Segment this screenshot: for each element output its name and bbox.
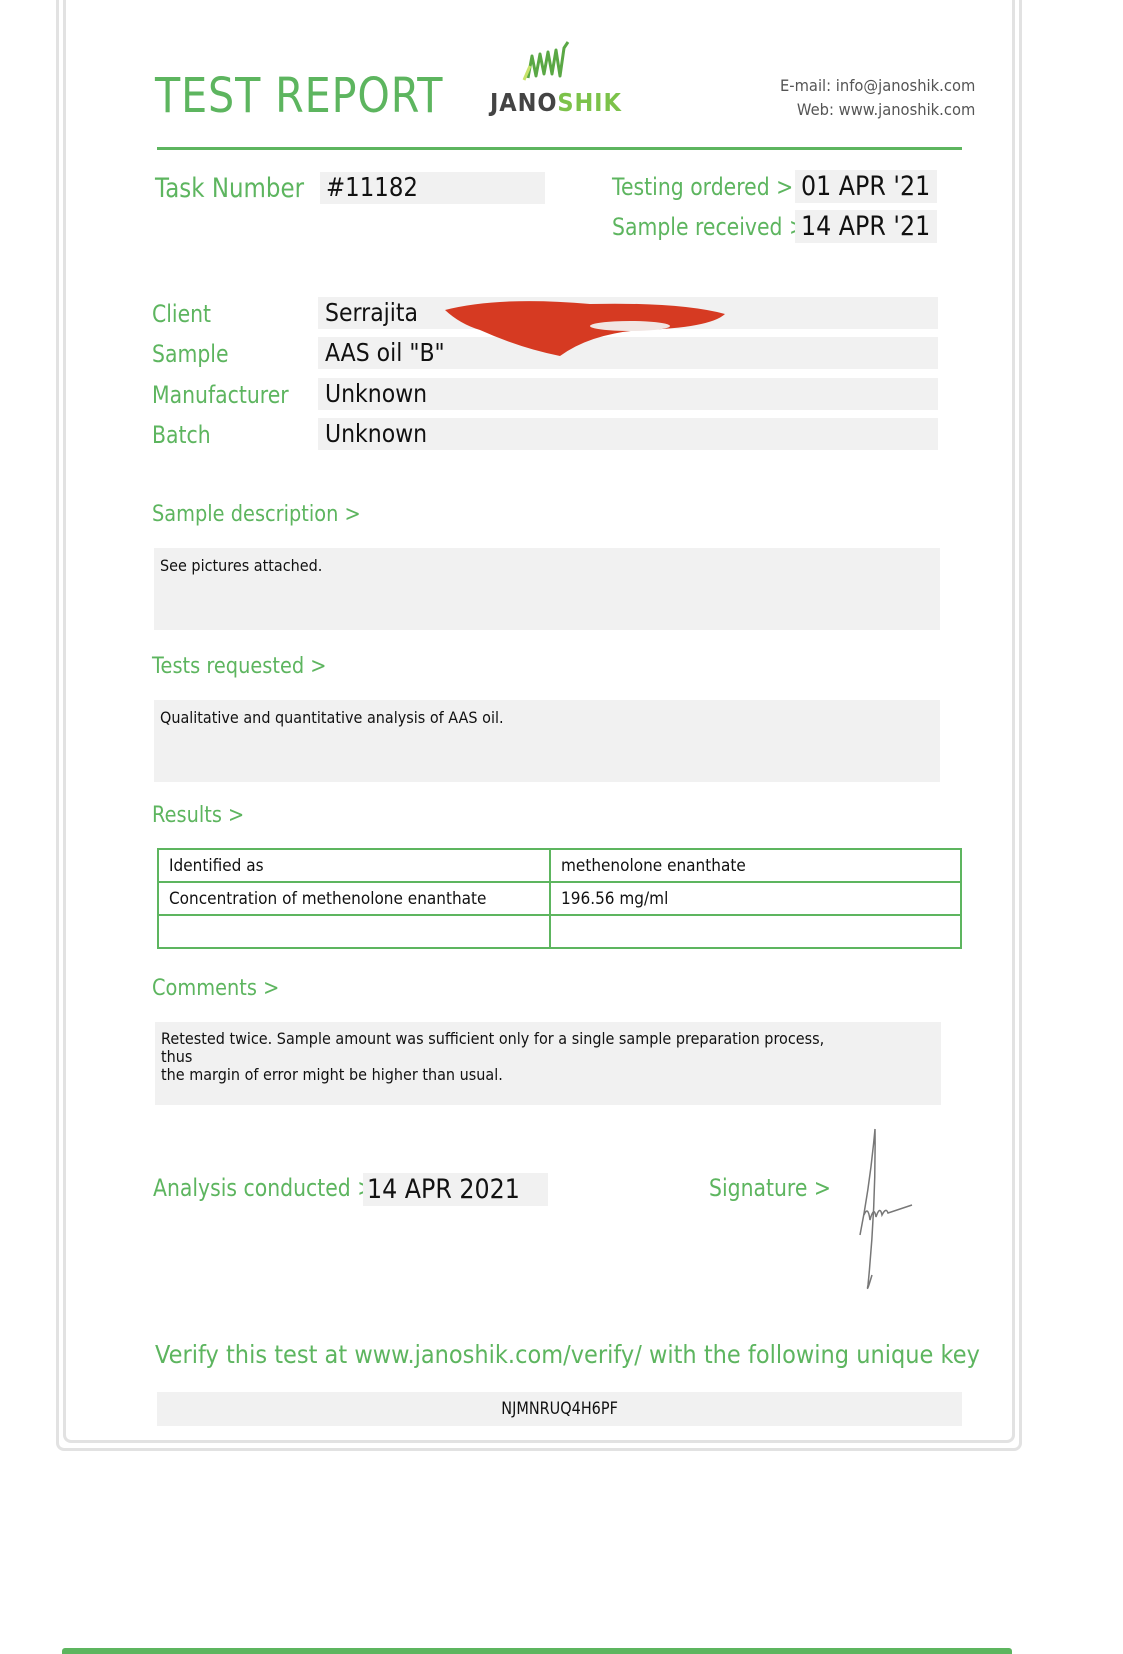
sample-received-label: Sample received > bbox=[612, 213, 806, 241]
comments-title: Comments > bbox=[152, 976, 279, 1001]
report-title: TEST REPORT bbox=[155, 68, 443, 124]
header-divider bbox=[157, 147, 962, 150]
redaction-scribble bbox=[440, 300, 730, 360]
testing-ordered-label: Testing ordered > bbox=[612, 173, 793, 201]
contact-info: E-mail: info@janoshik.com Web: www.janos… bbox=[780, 74, 975, 122]
manufacturer-label: Manufacturer bbox=[152, 381, 289, 409]
tests-requested-title: Tests requested > bbox=[152, 654, 327, 679]
sample-received-value: 14 APR '21 bbox=[801, 210, 921, 243]
testing-ordered-value: 01 APR '21 bbox=[801, 170, 921, 203]
task-number-value: #11182 bbox=[326, 172, 519, 204]
signature-icon bbox=[840, 1125, 920, 1295]
manufacturer-box: Unknown bbox=[318, 378, 938, 410]
table-cell: 196.56 mg/ml bbox=[550, 882, 961, 915]
email-link[interactable]: info@janoshik.com bbox=[835, 76, 975, 95]
sample-label: Sample bbox=[152, 340, 229, 368]
table-row bbox=[158, 915, 961, 948]
task-number-label: Task Number bbox=[155, 173, 304, 204]
testing-ordered-box: 01 APR '21 bbox=[795, 170, 937, 203]
table-cell: Identified as bbox=[158, 849, 550, 882]
bar-chart-logo-icon bbox=[510, 36, 660, 86]
table-cell: Concentration of methenolone enanthate bbox=[158, 882, 550, 915]
analysis-date-value: 14 APR 2021 bbox=[367, 1173, 526, 1206]
verification-key[interactable]: NJMNRUQ4H6PF bbox=[501, 1392, 618, 1426]
sample-description-title: Sample description > bbox=[152, 502, 361, 527]
batch-label: Batch bbox=[152, 421, 211, 449]
table-row: Concentration of methenolone enanthate 1… bbox=[158, 882, 961, 915]
sample-description-text: See pictures attached. bbox=[160, 556, 322, 575]
tests-requested-box: Qualitative and quantitative analysis of… bbox=[154, 700, 940, 782]
client-label: Client bbox=[152, 300, 211, 328]
web-link[interactable]: www.janoshik.com bbox=[838, 100, 975, 119]
signature-label: Signature > bbox=[709, 1174, 831, 1202]
task-number-box: #11182 bbox=[320, 172, 545, 204]
verification-key-box: NJMNRUQ4H6PF bbox=[157, 1392, 962, 1426]
janoshik-logo: JANOSHIK bbox=[490, 36, 640, 121]
sample-received-box: 14 APR '21 bbox=[795, 210, 937, 243]
table-cell bbox=[550, 915, 961, 948]
comments-line-2: the margin of error might be higher than… bbox=[161, 1066, 503, 1084]
batch-value: Unknown bbox=[325, 418, 864, 450]
analysis-conducted-label: Analysis conducted > bbox=[153, 1174, 374, 1202]
comments-box: Retested twice. Sample amount was suffic… bbox=[155, 1022, 941, 1105]
results-table: Identified as methenolone enanthate Conc… bbox=[157, 848, 962, 949]
analysis-date-box: 14 APR 2021 bbox=[363, 1173, 548, 1206]
results-title: Results > bbox=[152, 803, 244, 828]
table-row: Identified as methenolone enanthate bbox=[158, 849, 961, 882]
table-cell: methenolone enanthate bbox=[550, 849, 961, 882]
next-page-edge bbox=[62, 1648, 1012, 1654]
verify-text: Verify this test at www.janoshik.com/ver… bbox=[155, 1340, 980, 1369]
sample-description-box: See pictures attached. bbox=[154, 548, 940, 630]
email-label: E-mail: bbox=[780, 76, 831, 95]
comments-line-1: Retested twice. Sample amount was suffic… bbox=[161, 1030, 858, 1066]
table-cell bbox=[158, 915, 550, 948]
logo-text: JANOSHIK bbox=[490, 88, 622, 117]
web-label: Web: bbox=[797, 100, 834, 119]
batch-box: Unknown bbox=[318, 418, 938, 450]
tests-requested-text: Qualitative and quantitative analysis of… bbox=[160, 708, 504, 727]
manufacturer-value: Unknown bbox=[325, 378, 864, 410]
